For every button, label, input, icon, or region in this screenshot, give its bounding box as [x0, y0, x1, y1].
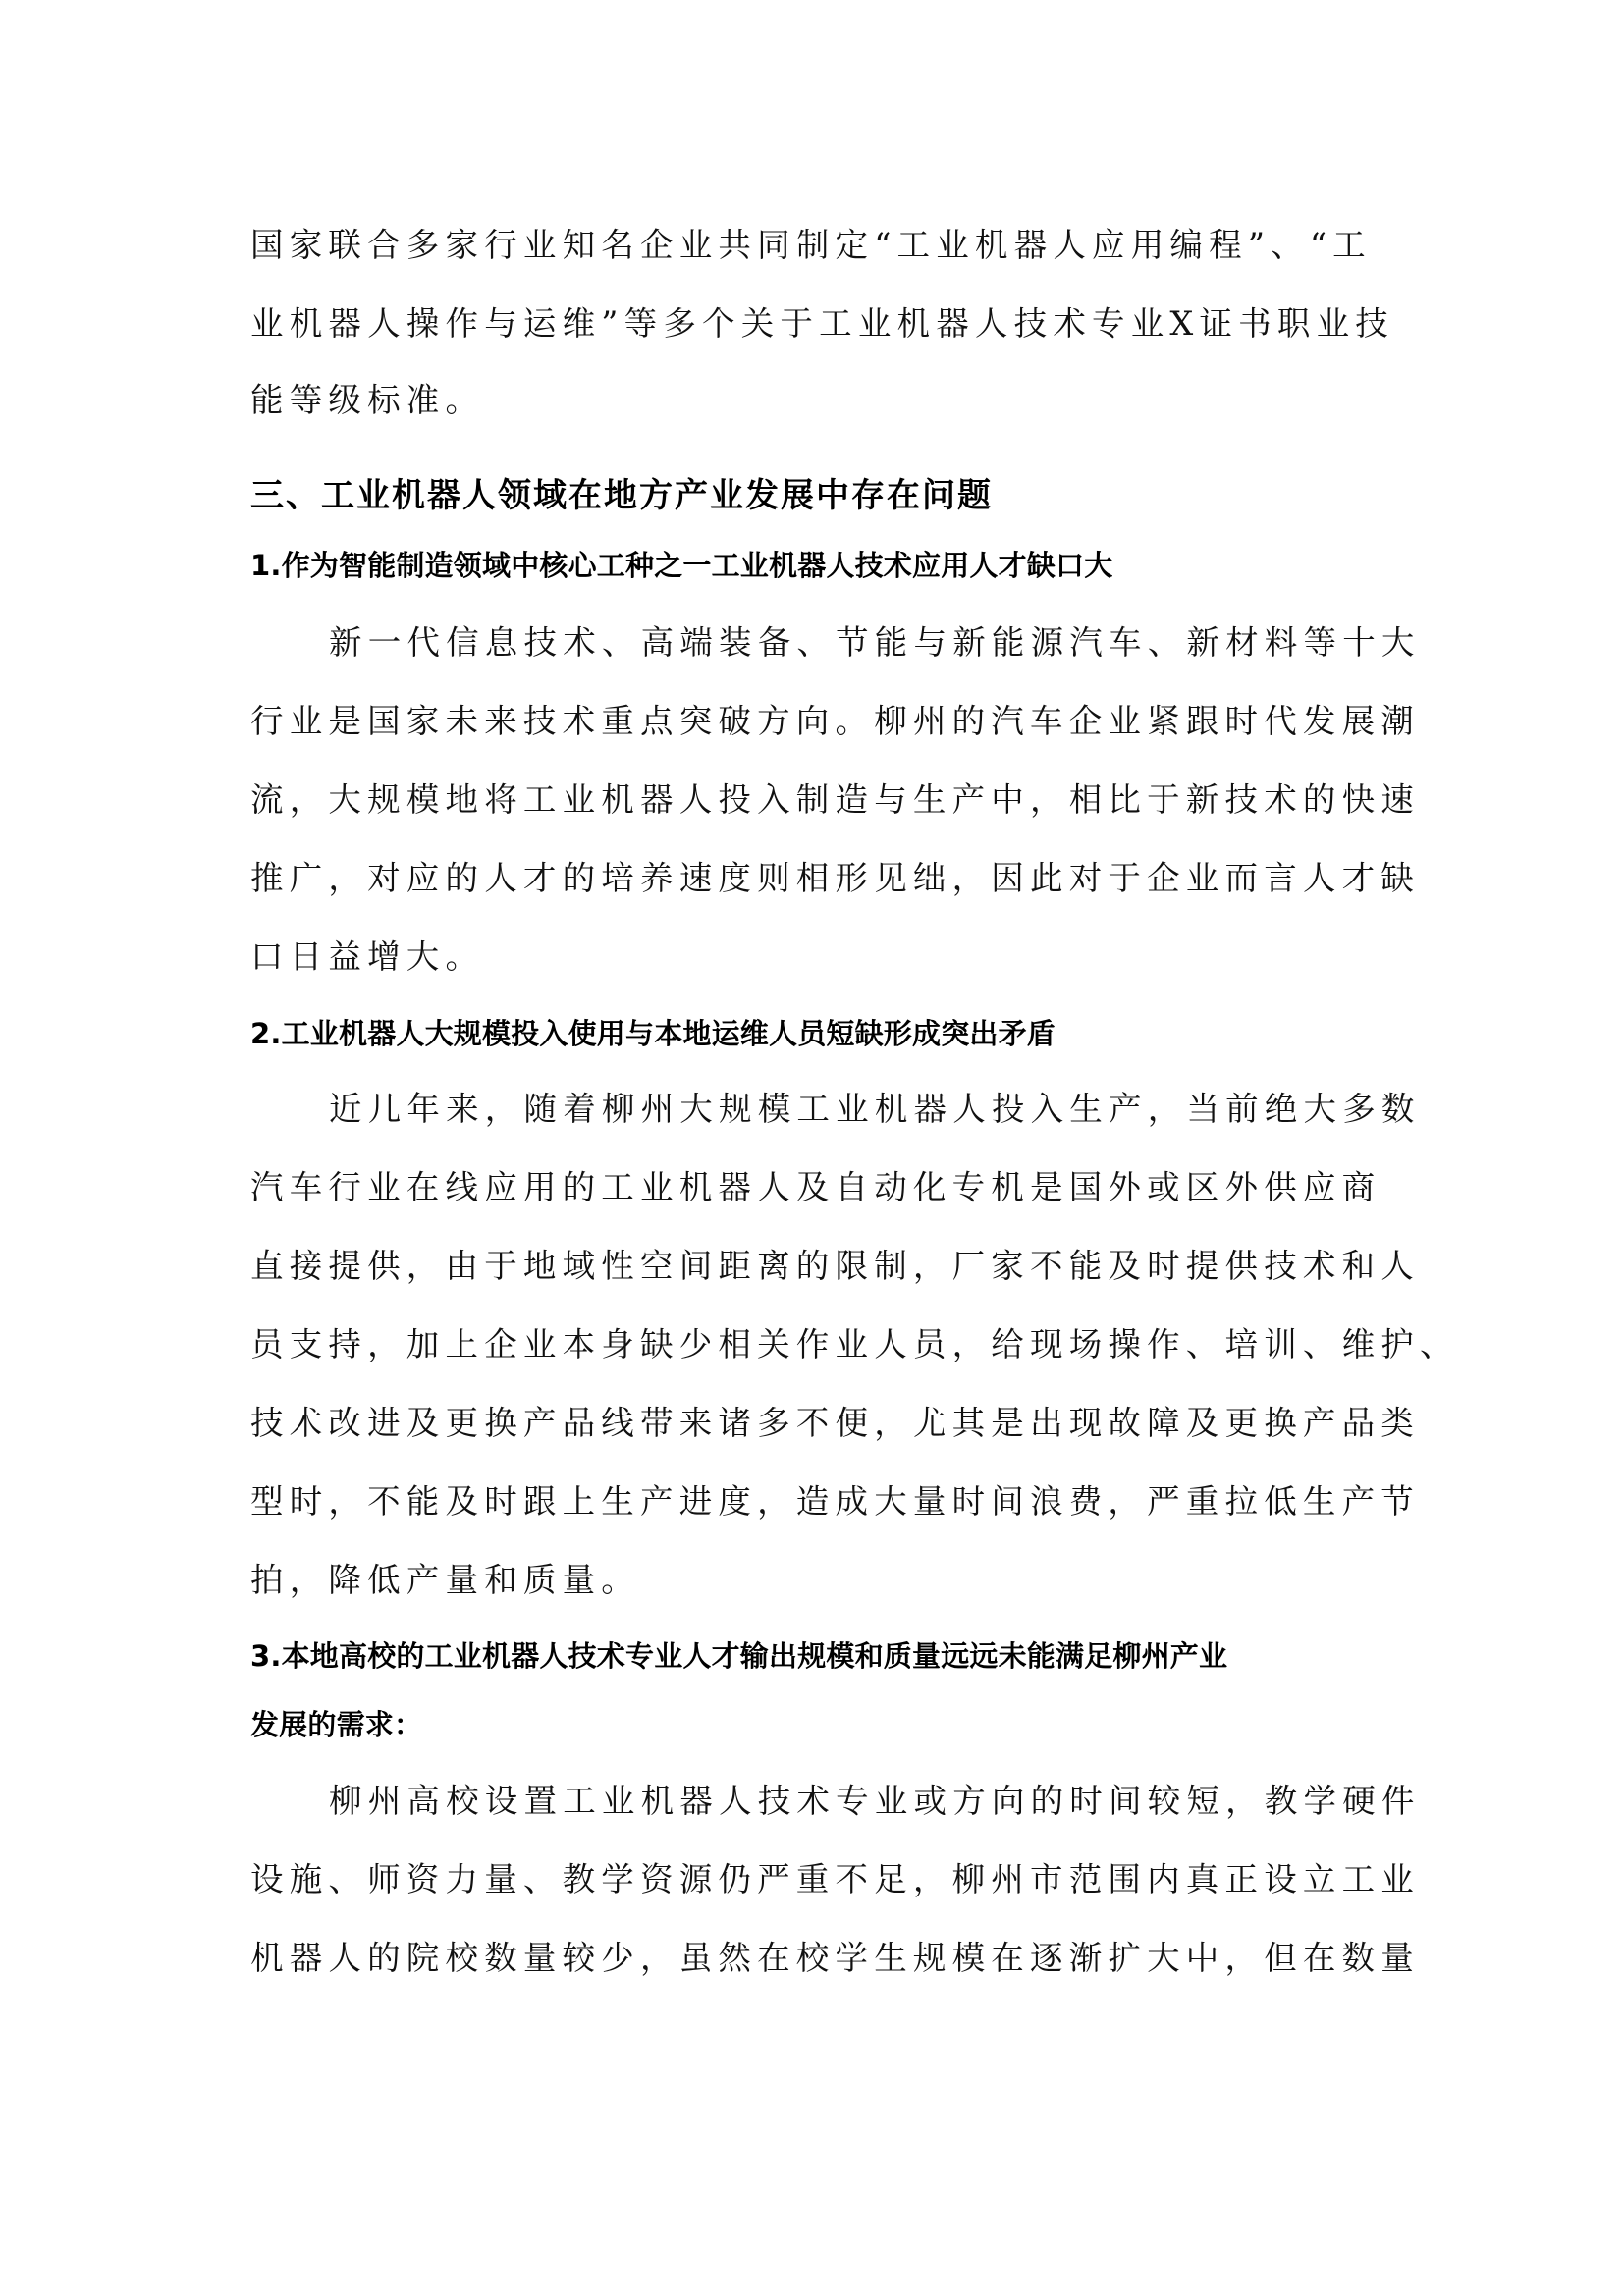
paragraph-line: 员支持，加上企业本身缺少相关作业人员，给现场操作、培训、维护、 [250, 1325, 1459, 1364]
paragraph-line: 国家联合多家行业知名企业共同制定“工业机器人应用编程”、“工 [250, 226, 1372, 265]
paragraph-line: 柳州高校设置工业机器人技术专业或方向的时间较短，教学硬件 [329, 1782, 1421, 1821]
paragraph-line: 近几年来，随着柳州大规模工业机器人投入生产，当前绝大多数 [329, 1090, 1421, 1129]
paragraph-line: 推广，对应的人才的培养速度则相形见绌，因此对于企业而言人才缺 [250, 859, 1420, 898]
paragraph-line: 汽车行业在线应用的工业机器人及自动化专机是国外或区外供应商 [250, 1168, 1380, 1207]
paragraph-line: 型时，不能及时跟上生产进度，造成大量时间浪费，严重拉低生产节 [250, 1482, 1420, 1522]
paragraph-line: 设施、师资力量、教学资源仍严重不足，柳州市范围内真正设立工业 [250, 1860, 1420, 1899]
paragraph-line: 机器人的院校数量较少，虽然在校学生规模在逐渐扩大中，但在数量 [250, 1939, 1420, 1978]
paragraph-line: 拍，降低产量和质量。 [250, 1561, 640, 1600]
paragraph-line: 能等级标准。 [250, 381, 484, 420]
paragraph-line: 流，大规模地将工业机器人投入制造与生产中，相比于新技术的快速 [250, 780, 1420, 820]
paragraph-line: 行业是国家未来技术重点突破方向。柳州的汽车企业紧跟时代发展潮 [250, 702, 1420, 741]
paragraph-line: 新一代信息技术、高端装备、节能与新能源汽车、新材料等十大 [329, 623, 1421, 663]
paragraph-line: 技术改进及更换产品线带来诸多不便，尤其是出现故障及更换产品类 [250, 1404, 1420, 1443]
subsection-heading: 1.作为智能制造领域中核心工种之一工业机器人技术应用人才缺口大 [250, 546, 1112, 585]
paragraph-line: 直接提供，由于地域性空间距离的限制，厂家不能及时提供技术和人 [250, 1247, 1420, 1286]
subsection-heading: 3.本地高校的工业机器人技术专业人才输出规模和质量远远未能满足柳州产业 [250, 1636, 1227, 1676]
paragraph-line: 业机器人操作与运维”等多个关于工业机器人技术专业X证书职业技 [250, 304, 1394, 344]
subsection-heading: 2.工业机器人大规模投入使用与本地运维人员短缺形成突出矛盾 [250, 1014, 1056, 1053]
section-heading: 三、工业机器人领域在地方产业发展中存在问题 [250, 476, 993, 515]
paragraph-line: 口日益增大。 [250, 937, 484, 977]
subsection-heading: 发展的需求： [250, 1705, 422, 1744]
